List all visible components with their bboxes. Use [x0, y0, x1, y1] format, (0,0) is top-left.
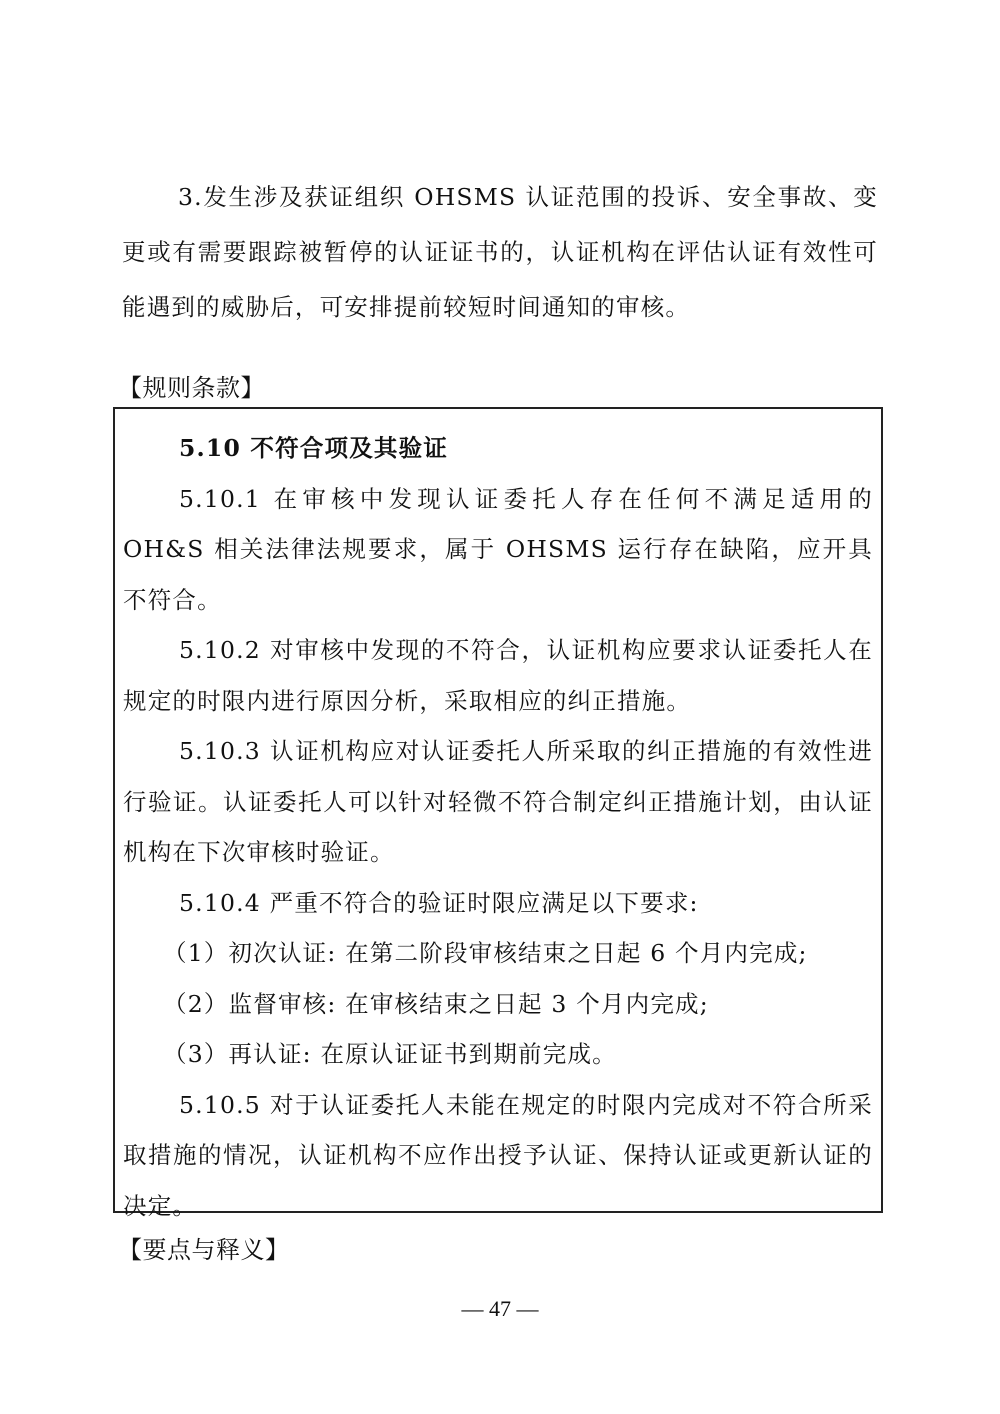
clause-5-10-2: 5.10.2 对审核中发现的不符合，认证机构应要求认证委托人在规定的时限内进行原…	[123, 625, 873, 726]
clause-5-10-5: 5.10.5 对于认证委托人未能在规定的时限内完成对不符合所采取措施的情况，认证…	[123, 1080, 873, 1232]
explanation-heading: 【要点与释义】	[118, 1230, 290, 1265]
clause-5-10-4: 5.10.4 严重不符合的验证时限应满足以下要求:	[123, 878, 873, 929]
page-number: — 47 —	[0, 1296, 1000, 1322]
rules-heading: 【规则条款】	[118, 368, 265, 403]
list-item-surveillance-audit: （2）监督审核: 在审核结束之日起 3 个月内完成;	[123, 979, 873, 1030]
rules-box: 5.10 不符合项及其验证 5.10.1 在审核中发现认证委托人存在任何不满足适…	[113, 407, 883, 1213]
list-item-initial-certification: （1）初次认证: 在第二阶段审核结束之日起 6 个月内完成;	[123, 928, 873, 979]
intro-paragraph: 3.发生涉及获证组织 OHSMS 认证范围的投诉、安全事故、变更或有需要跟踪被暂…	[122, 170, 878, 335]
clause-5-10-1: 5.10.1 在审核中发现认证委托人存在任何不满足适用的 OH&S 相关法律法规…	[123, 474, 873, 626]
rules-box-content: 5.10 不符合项及其验证 5.10.1 在审核中发现认证委托人存在任何不满足适…	[123, 423, 873, 1231]
clause-5-10-3: 5.10.3 认证机构应对认证委托人所采取的纠正措施的有效性进行验证。认证委托人…	[123, 726, 873, 878]
section-title: 5.10 不符合项及其验证	[123, 423, 873, 474]
list-item-recertification: （3）再认证: 在原认证证书到期前完成。	[123, 1029, 873, 1080]
